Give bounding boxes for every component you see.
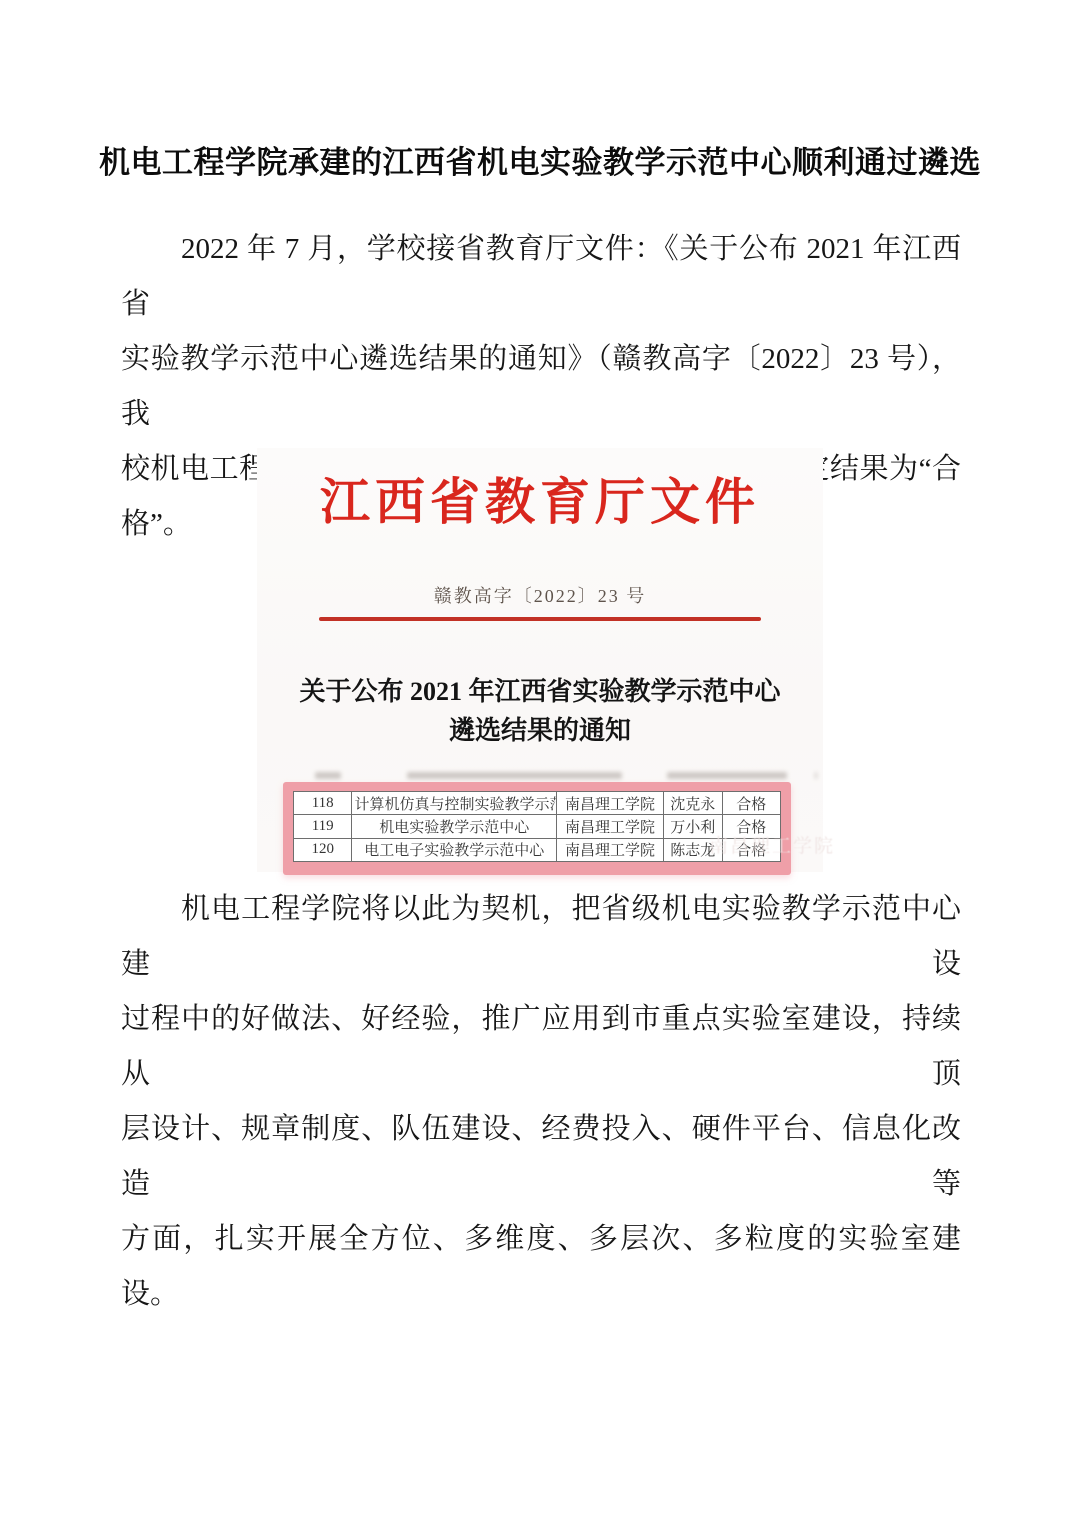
result-table: 118 计算机仿真与控制实验教学示范中心 南昌理工学院 沈克永 合格 119 机… xyxy=(293,791,781,862)
document-red-header: 江西省教育厅文件 xyxy=(257,462,823,534)
blurred-row-fragment xyxy=(407,772,622,779)
document-title-line: 关于公布 2021 年江西省实验教学示范中心 xyxy=(257,672,823,711)
page: { "article": { "title": "机电工程学院承建的江西省机电实… xyxy=(0,0,1080,1527)
cell-person: 陈志龙 xyxy=(664,838,722,861)
table-row: 120 电工电子实验教学示范中心 南昌理工学院 陈志龙 合格 xyxy=(294,838,781,861)
paragraph-2: 机电工程学院将以此为契机，把省级机电实验教学示范中心建设 过程中的好做法、好经验… xyxy=(121,882,961,1322)
cell-result: 合格 xyxy=(722,792,780,815)
highlight-box: 118 计算机仿真与控制实验教学示范中心 南昌理工学院 沈克永 合格 119 机… xyxy=(283,782,791,875)
paragraph-line: 机电工程学院将以此为契机，把省级机电实验教学示范中心建设 xyxy=(121,882,961,992)
clipped-table-row xyxy=(287,766,795,780)
blurred-row-fragment xyxy=(815,772,817,779)
paragraph-line: 方面，扎实开展全方位、多维度、多层次、多粒度的实验室建设。 xyxy=(121,1212,961,1322)
cell-person: 万小利 xyxy=(664,815,722,838)
cell-center: 电工电子实验教学示范中心 xyxy=(352,838,557,861)
cell-no: 118 xyxy=(294,792,352,815)
article-title: 机电工程学院承建的江西省机电实验教学示范中心顺利通过遴选 xyxy=(0,137,1080,182)
cell-school: 南昌理工学院 xyxy=(556,792,663,815)
table-row: 118 计算机仿真与控制实验教学示范中心 南昌理工学院 沈克永 合格 xyxy=(294,792,781,815)
document-title-line: 遴选结果的通知 xyxy=(257,711,823,750)
paragraph-line: 过程中的好做法、好经验，推广应用到市重点实验室建设，持续从顶 xyxy=(121,992,961,1102)
cell-no: 120 xyxy=(294,838,352,861)
blurred-row-fragment xyxy=(667,772,787,779)
cell-center: 计算机仿真与控制实验教学示范中心 xyxy=(352,792,557,815)
cell-center: 机电实验教学示范中心 xyxy=(352,815,557,838)
paragraph-line: 2022 年 7 月，学校接省教育厅文件：《关于公布 2021 年江西省 xyxy=(121,222,961,332)
cell-result: 合格 xyxy=(722,838,780,861)
paragraph-line: 实验教学示范中心遴选结果的通知》（赣教高字〔2022〕23 号），我 xyxy=(121,332,961,442)
blurred-row-fragment xyxy=(315,772,341,779)
red-divider-line xyxy=(319,617,761,621)
document-number: 赣教高字〔2022〕23 号 xyxy=(257,582,823,608)
document-title: 关于公布 2021 年江西省实验教学示范中心 遴选结果的通知 xyxy=(257,672,823,750)
cell-school: 南昌理工学院 xyxy=(556,815,663,838)
paragraph-line: 层设计、规章制度、队伍建设、经费投入、硬件平台、信息化改造等 xyxy=(121,1102,961,1212)
embedded-document-image: 江西省教育厅文件 赣教高字〔2022〕23 号 关于公布 2021 年江西省实验… xyxy=(257,448,823,872)
cell-school: 南昌理工学院 xyxy=(556,838,663,861)
cell-no: 119 xyxy=(294,815,352,838)
cell-person: 沈克永 xyxy=(664,792,722,815)
table-row: 119 机电实验教学示范中心 南昌理工学院 万小利 合格 xyxy=(294,815,781,838)
cell-result: 合格 xyxy=(722,815,780,838)
